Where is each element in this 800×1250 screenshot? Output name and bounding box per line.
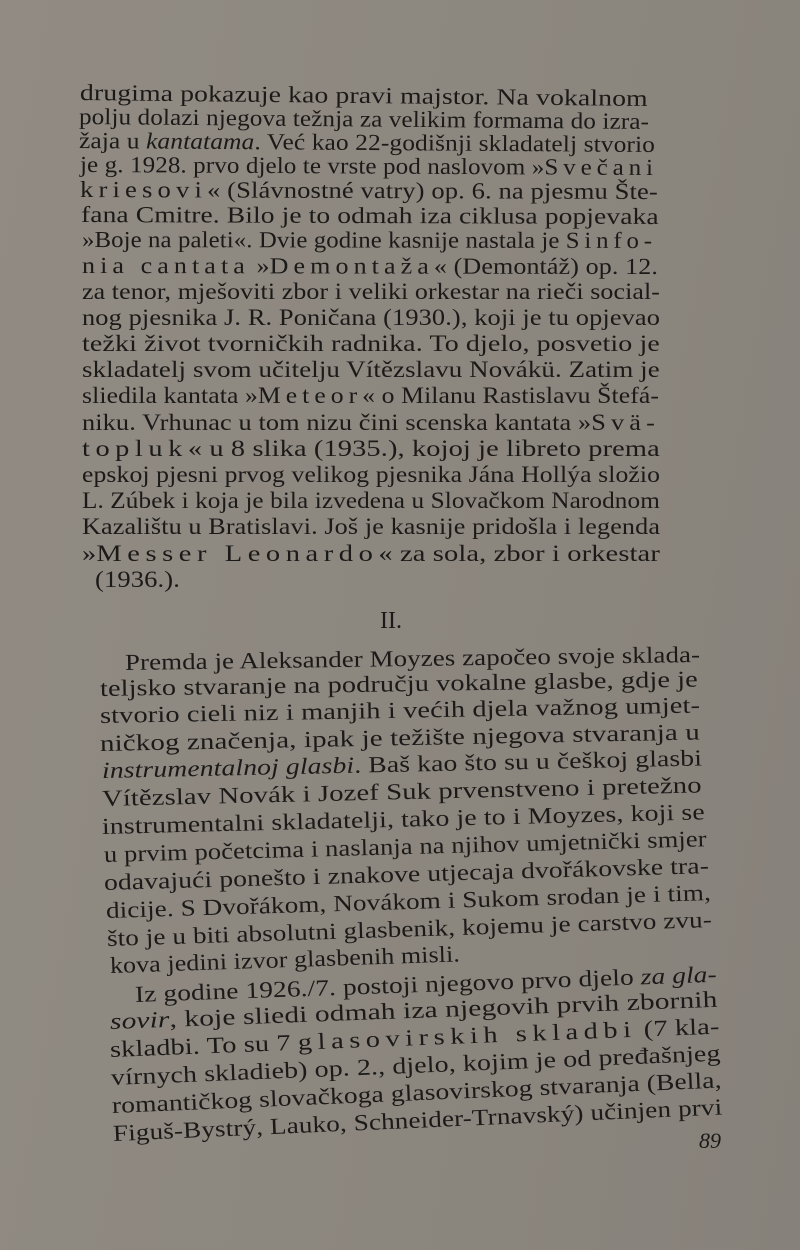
text-run: L. Zúbek i koja je bila izvedena u Slova… <box>82 488 660 513</box>
spaced-title-text: Sinfo- <box>566 228 657 253</box>
text-run: Kazalištu u Bratislavi. Još je kasnije p… <box>82 514 660 539</box>
italic-text: instrumentalnoj glasbi <box>102 753 355 783</box>
text-run: skladbi. To su 7 <box>110 1030 299 1062</box>
text-run: niku. Vrhunac u tom nizu čini scenska ka… <box>82 410 591 435</box>
italic-text: sovir <box>110 1007 170 1034</box>
text-run: žaja u <box>79 128 146 153</box>
section-heading: II. <box>380 608 402 635</box>
text-line: (1936.). <box>95 567 180 593</box>
text-run: (1936.). <box>95 567 180 592</box>
text-line: topluk« u 8 slika (1935.), kojoj je libr… <box>82 436 660 462</box>
spaced-title-text: topluk <box>82 436 188 461</box>
text-run: je g. 1928. prvo djelo te vrste pod nasl… <box>80 152 545 179</box>
text-run: epskoj pjesni prvog velikog pjesnika Ján… <box>82 462 660 487</box>
text-line: nog pjesnika J. R. Poničana (1930.), koj… <box>82 305 660 331</box>
text-run: « (Demontáž) op. 12. <box>434 254 658 279</box>
text-line: skladatelj svom učitelju Vítězslavu Nová… <box>82 357 660 383</box>
text-line: za tenor, mješoviti zbor i veliki orkest… <box>82 279 660 305</box>
text-line: Kazalištu u Bratislavi. Još je kasnije p… <box>82 514 660 540</box>
text-run: skladatelj svom učitelju Vítězslavu Nová… <box>82 357 660 382</box>
spaced-title-text: Messer Leonardo <box>96 541 378 566</box>
book-page: drugima pokazuje kao pravi majstor. Na v… <box>0 0 800 1250</box>
text-line: niku. Vrhunac u tom nizu čini scenska ka… <box>82 410 660 436</box>
text-run: »Boje na paleti«. Dvie godine kasnije na… <box>82 227 566 253</box>
text-line: nia cantata »Demontaža« (Demontáž) op. 1… <box>82 253 658 280</box>
text-run: fana Cmitre. Bilo je to odmah iza ciklus… <box>81 202 659 229</box>
spaced-title-text: Svä- <box>591 410 660 435</box>
spaced-title-text: nia cantata <box>82 253 250 278</box>
italic-text: kantatama <box>146 128 254 154</box>
spaced-title-text: Demontaža <box>270 253 434 278</box>
text-line: »Messer Leonardo« za sola, zbor i orkest… <box>82 541 660 567</box>
text-run: težki život tvorničkih radnika. To djelo… <box>82 331 660 356</box>
text-run: sliedila kantata » <box>82 383 258 408</box>
text-line: fana Cmitre. Bilo je to odmah iza ciklus… <box>81 202 659 230</box>
text-run: « (Slávnostné vatry) op. 6. na pjesmu Št… <box>207 177 658 204</box>
text-line: L. Zúbek i koja je bila izvedena u Slova… <box>82 488 660 514</box>
text-line: kriesovi« (Slávnostné vatry) op. 6. na p… <box>80 177 658 205</box>
text-line: težki život tvorničkih radnika. To djelo… <box>82 331 660 357</box>
text-run: nog pjesnika J. R. Poničana (1930.), koj… <box>82 305 660 330</box>
text-run: (7 kla- <box>636 1014 720 1042</box>
text-run: » <box>250 253 270 278</box>
text-run: « o Milanu Rastislavu Štefá- <box>362 383 659 408</box>
spaced-title-text: Meteor <box>258 383 362 408</box>
page-number: 89 <box>699 1128 721 1154</box>
italic-text: za gla- <box>640 962 717 990</box>
spaced-title-text: Svečani <box>544 154 658 180</box>
text-line: »Boje na paleti«. Dvie godine kasnije na… <box>82 227 657 254</box>
text-line: epskoj pjesni prvog velikog pjesnika Ján… <box>82 462 660 488</box>
text-run: za tenor, mješoviti zbor i veliki orkest… <box>82 279 660 304</box>
text-run: « u 8 slika (1935.), kojoj je libreto pr… <box>188 436 660 461</box>
text-run: « za sola, zbor i orkestar <box>378 541 660 566</box>
spaced-title-text: kriesovi <box>80 177 207 202</box>
text-run: » <box>82 541 96 566</box>
text-line: sliedila kantata »Meteor« o Milanu Rasti… <box>82 383 659 409</box>
